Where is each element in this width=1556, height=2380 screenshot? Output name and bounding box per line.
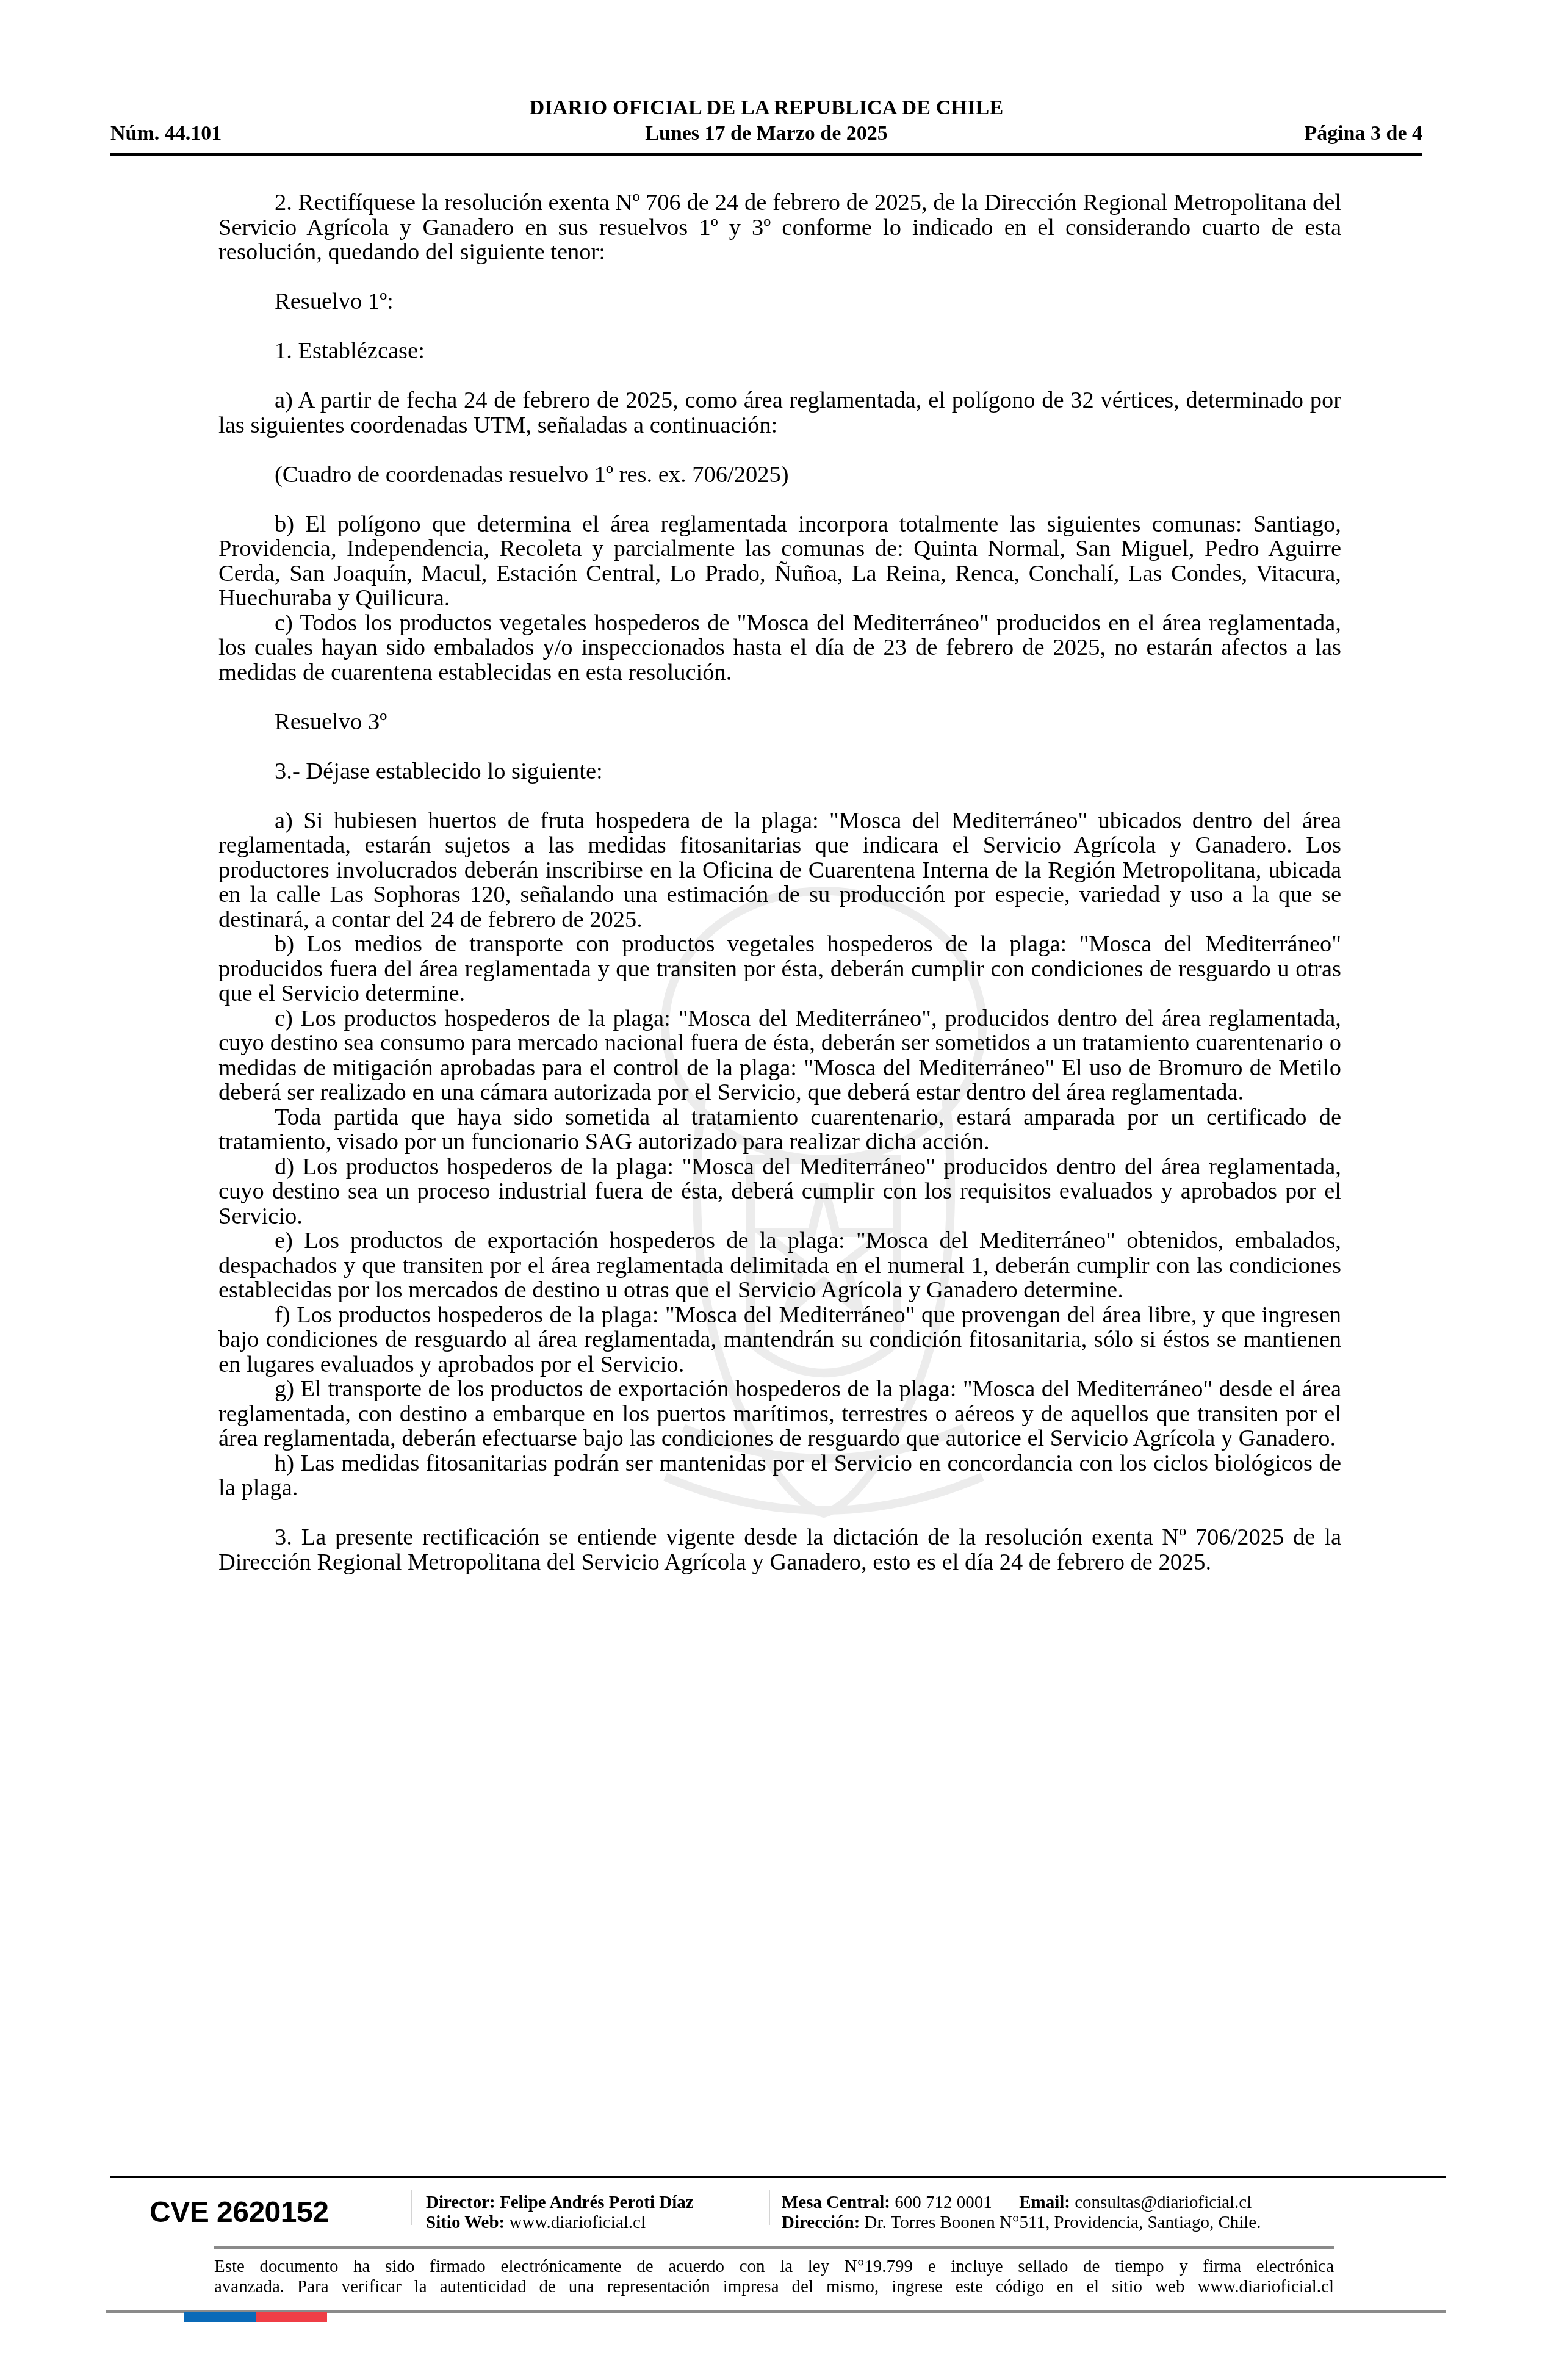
paragraph-rectification: 2. Rectifíquese la resolución exenta Nº … <box>218 190 1341 265</box>
footer-separator <box>411 2190 412 2225</box>
legal-notice-line-1: Este documento ha sido firmado electróni… <box>214 2257 1334 2277</box>
page-header: DIARIO OFICIAL DE LA REPUBLICA DE CHILE … <box>110 92 1422 157</box>
flag-stripe-blue <box>184 2312 256 2322</box>
header-meta-row: Núm. 44.101 Lunes 17 de Marzo de 2025 Pá… <box>110 122 1422 146</box>
document-body: 2. Rectifíquese la resolución exenta Nº … <box>218 190 1341 1574</box>
address-value: Dr. Torres Boonen N°511, Providencia, Sa… <box>865 2213 1261 2232</box>
footer-divider-middle <box>214 2246 1334 2249</box>
director-label: Director: <box>426 2193 495 2212</box>
paragraph-3d: d) Los productos hospederos de la plaga:… <box>218 1155 1341 1229</box>
paragraph-1b: b) El polígono que determina el área reg… <box>218 512 1341 611</box>
paragraph-3g: g) El transporte de los productos de exp… <box>218 1377 1341 1451</box>
header-divider <box>110 153 1422 156</box>
legal-notice-line-2: avanzada. Para verificar la autenticidad… <box>214 2277 1334 2297</box>
coordinates-table-reference: (Cuadro de coordenadas resuelvo 1º res. … <box>218 463 1341 488</box>
heading-resuelvo-3: Resuelvo 3º <box>218 710 1341 735</box>
footer-contact-block: Mesa Central: 600 712 0001 Email: consul… <box>782 2193 1261 2233</box>
paragraph-3b: b) Los medios de transporte con producto… <box>218 932 1341 1006</box>
heading-establezcase: 1. Establézcase: <box>218 339 1341 364</box>
paragraph-1c: c) Todos los productos vegetales hospede… <box>218 611 1341 685</box>
paragraph-validity: 3. La presente rectificación se entiende… <box>218 1525 1341 1574</box>
flag-stripe-red <box>256 2312 327 2322</box>
footer-separator <box>769 2190 770 2225</box>
publication-title: DIARIO OFICIAL DE LA REPUBLICA DE CHILE <box>110 96 1422 120</box>
heading-resuelvo-1: Resuelvo 1º: <box>218 289 1341 314</box>
phone-number: 600 712 0001 <box>895 2193 992 2212</box>
paragraph-3e: e) Los productos de exportación hospeder… <box>218 1228 1341 1303</box>
footer-director-block: Director: Felipe Andrés Peroti Díaz Siti… <box>426 2193 694 2233</box>
website-label: Sitio Web: <box>426 2213 505 2232</box>
address-label: Dirección: <box>782 2213 860 2232</box>
page-indicator: Página 3 de 4 <box>1304 122 1422 145</box>
heading-dejase-establecido: 3.- Déjase establecido lo siguiente: <box>218 759 1341 784</box>
paragraph-3f: f) Los productos hospederos de la plaga:… <box>218 1303 1341 1377</box>
phone-label: Mesa Central: <box>782 2193 890 2212</box>
publication-date: Lunes 17 de Marzo de 2025 <box>110 122 1422 145</box>
paragraph-3h: h) Las medidas fitosanitarias podrán ser… <box>218 1451 1341 1501</box>
electronic-signature-notice: Este documento ha sido firmado electróni… <box>214 2257 1334 2297</box>
footer-divider-top <box>110 2176 1446 2178</box>
paragraph-treatment-certificate: Toda partida que haya sido sometida al t… <box>218 1105 1341 1155</box>
website-link[interactable]: www.diarioficial.cl <box>509 2213 646 2232</box>
paragraph-1a: a) A partir de fecha 24 de febrero de 20… <box>218 388 1341 438</box>
paragraph-3c: c) Los productos hospederos de la plaga:… <box>218 1006 1341 1105</box>
paragraph-3a: a) Si hubiesen huertos de fruta hospeder… <box>218 809 1341 932</box>
cve-code: CVE 2620152 <box>149 2196 328 2229</box>
email-label: Email: <box>1019 2193 1070 2212</box>
director-name: Felipe Andrés Peroti Díaz <box>500 2193 694 2212</box>
email-link[interactable]: consultas@diarioficial.cl <box>1075 2193 1252 2212</box>
